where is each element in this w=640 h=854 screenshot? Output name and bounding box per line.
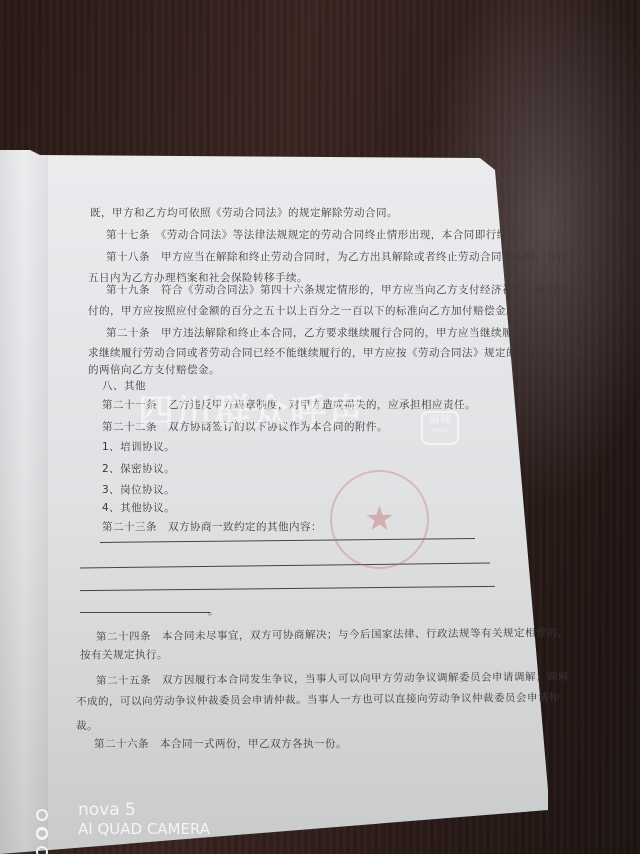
star-icon: ★ [364,499,394,539]
text-line: 求继续履行劳动合同或者劳动合同已经不能继续履行的，甲方应按《劳动合同法》规定的经… [88,345,583,360]
clause-18: 第十八条 甲方应当在解除和终止劳动合同时，为乙方出具解除或者终止劳动合同的证明，… [106,249,579,264]
watermark-logo-text: 麻辣 [429,413,451,426]
blank-line [80,612,210,613]
watermark-logo: 麻辣 mala [421,411,459,445]
text-line: 既，甲方和乙方均可依照《劳动合同法》的规定解除劳动合同。 [90,205,398,220]
attachment-item: 3、岗位协议。 [102,482,175,497]
camera-lens-icon [36,806,58,816]
text-line: 的两倍向乙方支付赔偿金。 [88,362,220,377]
red-seal-stamp: ★ [330,470,429,569]
camera-lens-icon [36,824,58,834]
watermark-logo-sub: mala [423,427,457,435]
attachment-item: 4、其他协议。 [102,500,175,515]
clause-17: 第十七条 《劳动合同法》等法律法规规定的劳动合同终止情形出现，本合同即行终止。 [106,227,530,242]
watermark-text: 四川群众呼声 [138,384,366,435]
text-line: 付的，甲方应按照应付金额的百分之五十以上百分之一百以下的标准向乙方加付赔偿金。 [88,303,517,318]
clause-19: 第十九条 符合《劳动合同法》第四十六条规定情形的，甲方应当向乙方支付经济补偿，逾… [106,282,579,297]
paper-fold-shadow [0,150,48,854]
clause-23: 第二十三条 双方协商一致约定的其他内容： [102,519,322,534]
camera-model: nova 5 [78,800,136,820]
clause-20: 第二十条 甲方违法解除和终止本合同，乙方要求继续履行合同的，甲方应当继续履行，乙… [106,325,579,340]
attachment-item: 2、保密协议。 [102,461,175,476]
text-line: 裁。 [76,718,98,733]
clause-26: 第二十六条 本合同一式两份，甲乙双方各执一份。 [94,736,347,751]
text-line: 按有关规定执行。 [80,647,168,662]
camera-feature: AI QUAD CAMERA [78,820,210,838]
attachment-item: 1、培训协议。 [102,439,175,454]
text-line: 。 [208,603,219,618]
